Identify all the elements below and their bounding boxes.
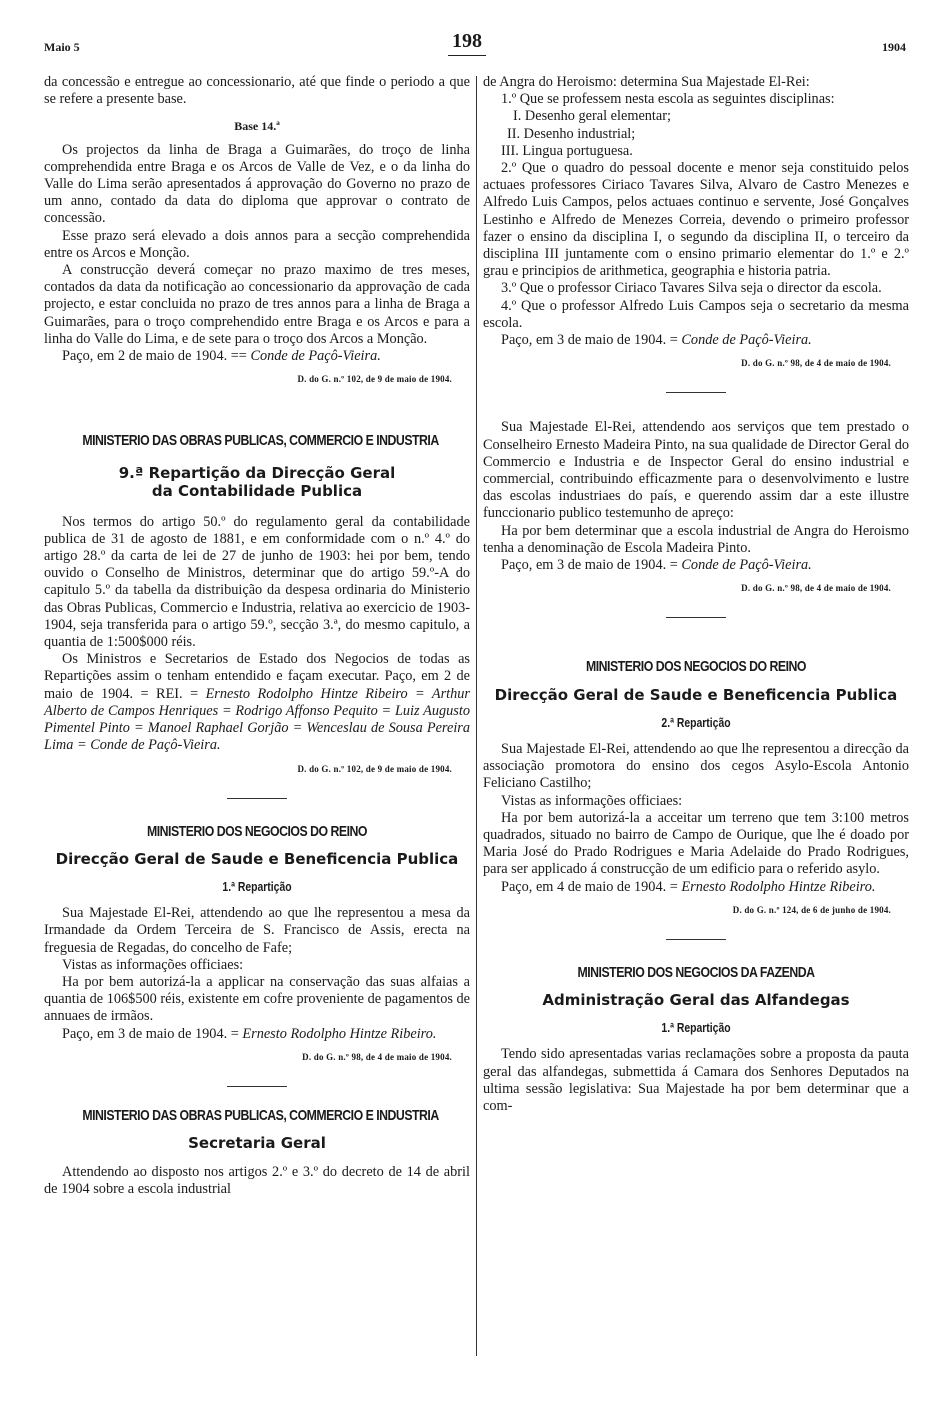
signoff-text: Paço, em 3 de maio de 1904. = [501,332,678,348]
right-column: de Angra do Heroismo: determina Sua Maje… [483,74,909,1115]
repartition-heading: 2.ª Repartição [526,714,867,731]
department-heading: 9.ª Repartição da Direcção Geral da Cont… [44,464,470,500]
paragraph: Sua Majestade El-Rei, attendendo aos ser… [483,419,909,522]
department-heading: Direcção Geral de Saude e Beneficencia P… [483,686,909,704]
article-item: 3.º Que o professor Ciriaco Tavares Silv… [483,280,909,297]
citation: D. do G. n.º 98, de 4 de maio de 1904. [44,1049,452,1066]
discipline-item: II. Desenho industrial; [483,126,909,143]
signature: Conde de Paçô-Vieira. [250,348,380,364]
discipline-item: III. Lingua portuguesa. [483,143,909,160]
paragraph: Vistas as informações officiaes: [44,957,470,974]
signoff-text: Paço, em 2 de maio de 1904. == [62,348,247,364]
department-heading: Direcção Geral de Saude e Beneficencia P… [44,850,470,868]
signoff-text: Paço, em 4 de maio de 1904. = [501,879,678,895]
department-heading: Administração Geral das Alfandegas [483,991,909,1009]
citation: D. do G. n.º 102, de 9 de maio de 1904. [44,761,452,778]
citation: D. do G. n.º 124, de 6 de junho de 1904. [483,902,891,919]
signature: Ernesto Rodolpho Hintze Ribeiro. [681,879,875,895]
paragraph: Vistas as informações officiaes: [483,793,909,810]
paragraph: Esse prazo será elevado a dois annos par… [44,228,470,262]
signoff-text: Paço, em 3 de maio de 1904. = [62,1026,239,1042]
paragraph: Ha por bem autorizá-la a applicar na con… [44,974,470,1026]
paragraph: Attendendo ao disposto nos artigos 2.º e… [44,1164,470,1198]
paragraph: Sua Majestade El-Rei, attendendo ao que … [483,741,909,793]
paragraph: Ha por bem autorizá-la a acceitar um ter… [483,810,909,879]
citation: D. do G. n.º 98, de 4 de maio de 1904. [483,355,891,372]
repartition-heading: 1.ª Repartição [87,878,428,895]
article-item: 2.º Que o quadro do pessoal docente e me… [483,160,909,280]
column-divider [476,76,477,1356]
department-heading: Secretaria Geral [44,1134,470,1152]
running-header-year: 1904 [882,40,906,55]
citation: D. do G. n.º 98, de 4 de maio de 1904. [483,580,891,597]
signoff: Paço, em 3 de maio de 1904. = Conde de P… [483,557,909,574]
signoff: Paço, em 3 de maio de 1904. = Conde de P… [483,332,909,349]
left-column: da concessão e entregue ao concessionari… [44,74,470,1199]
ministry-heading: MINISTERIO DAS OBRAS PUBLICAS, COMMERCIO… [82,1107,431,1124]
signature: Ernesto Rodolpho Hintze Ribeiro. [242,1026,436,1042]
ministry-heading: MINISTERIO DOS NEGOCIOS DO REINO [82,823,431,840]
discipline-item: I. Desenho geral elementar; [483,108,909,125]
paragraph: Sua Majestade El-Rei, attendendo ao que … [44,905,470,957]
article-item: 1.º Que se professem nesta escola as seg… [483,91,909,108]
paragraph: A construcção deverá começar no prazo ma… [44,262,470,348]
article-item: 4.º Que o professor Alfredo Luis Campos … [483,298,909,332]
paragraph: Nos termos do artigo 50.º do regulamento… [44,514,470,652]
repartition-heading: 1.ª Repartição [526,1019,867,1036]
paragraph: Os projectos da linha de Braga a Guimarã… [44,142,470,228]
citation: D. do G. n.º 102, de 9 de maio de 1904. [44,371,452,388]
ministry-heading: MINISTERIO DAS OBRAS PUBLICAS, COMMERCIO… [82,432,431,449]
signature: Conde de Paçô-Vieira. [681,332,811,348]
paragraph: de Angra do Heroismo: determina Sua Maje… [483,74,909,91]
signoff: Paço, em 3 de maio de 1904. = Ernesto Ro… [44,1026,470,1043]
signoff-text: Paço, em 3 de maio de 1904. = [501,557,678,573]
continuation-paragraph: da concessão e entregue ao concessionari… [44,74,470,108]
paragraph: Os Ministros e Secretarios de Estado dos… [44,651,470,754]
signoff: Paço, em 4 de maio de 1904. = Ernesto Ro… [483,879,909,896]
signature: Conde de Paçô-Vieira. [681,557,811,573]
running-header-date: Maio 5 [44,40,80,55]
paragraph: Tendo sido apresentadas varias reclamaçõ… [483,1046,909,1115]
ministry-heading: MINISTERIO DOS NEGOCIOS DA FAZENDA [521,964,870,981]
page-number: 198 [448,30,486,56]
signoff: Paço, em 2 de maio de 1904. == Conde de … [44,348,470,365]
paragraph: Ha por bem determinar que a escola indus… [483,523,909,557]
ministry-heading: MINISTERIO DOS NEGOCIOS DO REINO [521,658,870,675]
base-title: Base 14.ª [44,118,470,135]
